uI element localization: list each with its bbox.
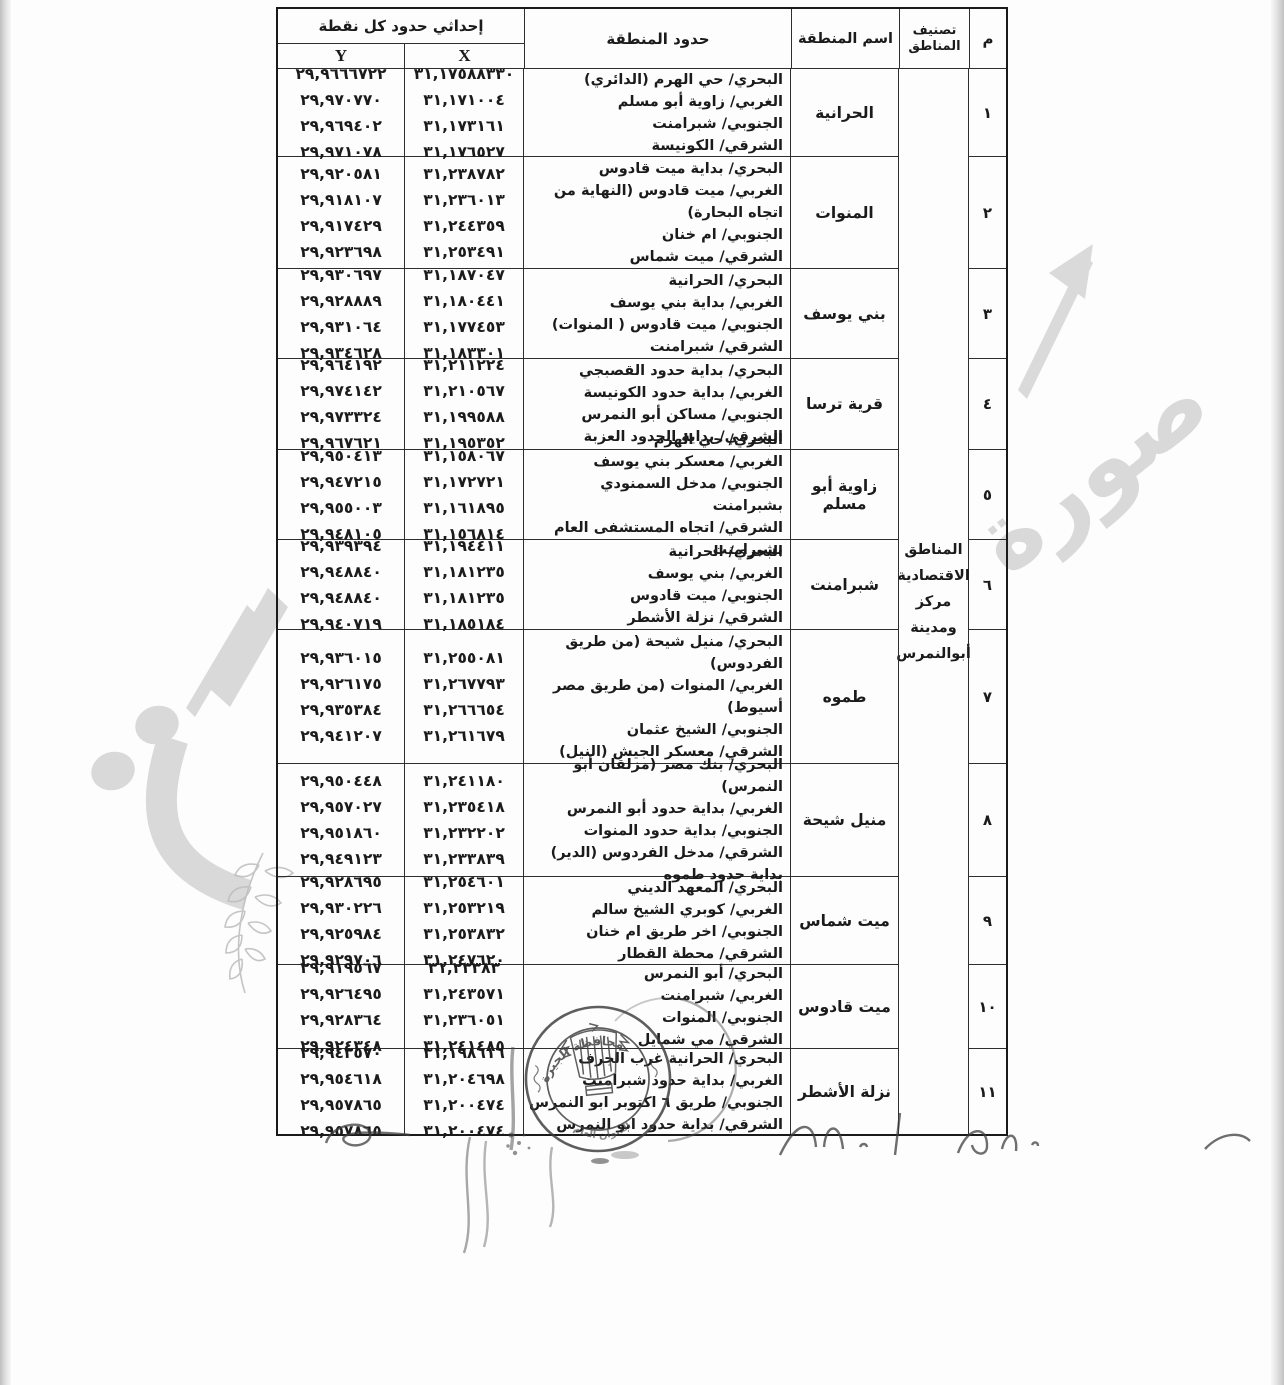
area-bounds-cell: البحري/ بداية ميت قادوسالغربي/ ميت قادوس… <box>524 157 791 269</box>
area-name-cell: ميت شماس <box>791 877 899 965</box>
y-coordinates-cell: ٢٩,٩٥٠٤٤٨٢٩,٩٥٧٠٢٧٢٩,٩٥١٨٦٠٢٩,٩٤٩١٢٣ <box>278 764 405 877</box>
watermark-dot <box>86 746 140 796</box>
serial-number-cell: ١ <box>969 69 1006 157</box>
serial-number-cell: ٨ <box>969 764 1006 877</box>
x-coordinates-cell: ٣١,١٧٥٨٨٣٣٠٣١,١٧١٠٠٤٣١,١٧٣١٦١٣١,١٧٦٥٢٧ <box>405 69 524 157</box>
table-body: المناطقالاقتصاديةمركزومدينةأبوالنمرس٢٩,٩… <box>278 69 1006 1134</box>
area-bounds-cell: البحري/ المعهد الدينيالغربي/ كوبري الشيخ… <box>524 877 791 965</box>
y-coordinates-cell: ٢٩,٩٣٦٠١٥٢٩,٩٢٦١٧٥٢٩,٩٣٥٣٨٤٢٩,٩٤١٢٠٧ <box>278 630 405 764</box>
x-coordinates-cell: ٣١,١٨٧٠٤٧٣١,١٨٠٤٤١٣١,١٧٧٤٥٣٣١,١٨٣٣٠١ <box>405 269 524 359</box>
boundaries-coordinates-table: إحداثي حدود كل نقطة Y X حدود المنطقة اسم… <box>276 7 1008 1136</box>
area-name-cell: شبرامنت <box>791 540 899 630</box>
ink-stroke <box>464 1137 470 1253</box>
area-bounds-cell: البحري/ الحرانيةالغربي/ بني يوسفالجنوبي/… <box>524 540 791 630</box>
y-coordinates-cell: ٢٩,٩٢٨٦٩٥٢٩,٩٣٠٢٢٦٢٩,٩٢٥٩٨٤٢٩,٩٢٩٧٠٦ <box>278 877 405 965</box>
signature-scrawls <box>300 1095 1280 1385</box>
signature-main <box>1205 1135 1250 1149</box>
area-bounds-cell: البحري/ منيل شيحة (من طريق الفردوس)الغرب… <box>524 630 791 764</box>
watermark-right-calligraphy: صورة <box>985 225 1284 655</box>
header-coords-group: إحداثي حدود كل نقطة Y X <box>278 9 525 68</box>
scanned-document-page: صورة إحداثي حدود كل نقطة Y X حدود المنطق… <box>0 0 1284 1385</box>
signature-main <box>958 1131 987 1153</box>
signature-main <box>895 1113 900 1155</box>
area-name-cell: قرية ترسا <box>791 359 899 450</box>
scan-edge-shadow-left <box>0 0 11 1385</box>
x-coordinates-cell: ٣١,٢٣٨٧٨٢٣١,٢٣٦٠١٣٣١,٢٤٤٣٥٩٣١,٢٥٣٤٩١ <box>405 157 524 269</box>
area-name-cell: المنوات <box>791 157 899 269</box>
area-name-cell: طموه <box>791 630 899 764</box>
area-bounds-cell: البحري/ الحرانيةالغربي/ بداية بني يوسفال… <box>524 269 791 359</box>
y-coordinates-cell: ٢٩,٩٢٠٥٨١٢٩,٩١٨١٠٧٢٩,٩١٧٤٢٩٢٩,٩٢٣٦٩٨ <box>278 157 405 269</box>
x-coordinates-cell: ٣١,١٩٤٤١١٣١,١٨١٢٣٥٣١,١٨١٢٣٥٣١,١٨٥١٨٤ <box>405 540 524 630</box>
y-coordinates-cell: ٢٩,٩٦٦٦٧٢٢٢٩,٩٧٠٧٧٠٢٩,٩٦٩٤٠٢٢٩,٩٧١٠٧٨ <box>278 69 405 157</box>
y-coordinates-cell: ٢٩,٩٣٠٦٩٧٢٩,٩٢٨٨٨٩٢٩,٩٣١٠٦٤٢٩,٩٣٤٦٢٨ <box>278 269 405 359</box>
signature-main <box>860 1144 867 1147</box>
y-coordinates-cell: ٢٩,٩١٩٥٦٧٢٩,٩٢٦٤٩٥٢٩,٩٢٨٣٦٤٢٩,٩٢٤٣٤٨ <box>278 965 405 1049</box>
table-header-row: إحداثي حدود كل نقطة Y X حدود المنطقة اسم… <box>278 9 1006 69</box>
serial-number-cell: ٧ <box>969 630 1006 764</box>
x-coordinates-cell: ٣١,٢١١٢٢٤٣١,٢١٠٥٦٧٣١,١٩٩٥٨٨٣١,١٩٥٣٥٢ <box>405 359 524 450</box>
area-name-cell: منيل شيحة <box>791 764 899 877</box>
signature-main <box>780 1127 843 1155</box>
serial-number-cell: ٩ <box>969 877 1006 965</box>
x-coordinates-cell: ٣١,٢٥٥٠٨١٣١,٢٦٧٧٩٣٣١,٢٦٦٦٥٤٣١,٢٦١٦٧٩ <box>405 630 524 764</box>
area-bounds-cell: البحري/ حي الهرم (الدائري)الغربي/ زاوية … <box>524 69 791 157</box>
stamp-ghost-arc <box>615 998 680 1021</box>
header-classification-label: تصنيف المناطق <box>900 9 970 68</box>
ink-stroke <box>550 1147 553 1227</box>
y-coordinates-cell: ٢٩,٩٦٤١٩٢٢٩,٩٧٤١٤٢٢٩,٩٧٣٣٢٤٢٩,٩٦٧٦٢١ <box>278 359 405 450</box>
area-name-cell: زاوية أبو مسلم <box>791 450 899 540</box>
classification-merged-cell: المناطقالاقتصاديةمركزومدينةأبوالنمرس <box>899 69 969 1134</box>
header-serial-label: م <box>970 9 1006 68</box>
y-coordinates-cell: ٢٩,٩٣٩٣٩٤٢٩,٩٤٨٨٤٠٢٩,٩٤٨٨٤٠٢٩,٩٤٠٧١٩ <box>278 540 405 630</box>
signature-main <box>1002 1136 1016 1151</box>
x-coordinates-cell: ٣١,٢٥٤٦٠١٣١,٢٥٣٢١٩٣١,٢٥٣٨٣٢٣١,٢٤٧٦٢٠ <box>405 877 524 965</box>
x-coordinates-cell: ٣١,١٥٨٠٦٧٣١,١٧٢٧٢١٣١,١٦١٨٩٥٣١,١٥٦٨١٤ <box>405 450 524 540</box>
serial-number-cell: ٤ <box>969 359 1006 450</box>
area-name-cell: الحرانية <box>791 69 899 157</box>
signature-curl <box>326 1125 410 1146</box>
x-coordinates-cell: ٣١,٢٤١١٨٠٣١,٢٣٥٤١٨٣١,٢٣٢٢٠٢٣١,٢٣٣٨٣٩ <box>405 764 524 877</box>
header-coords-title: إحداثي حدود كل نقطة <box>278 9 524 44</box>
signature-main <box>1032 1142 1038 1146</box>
area-name-cell: بني يوسف <box>791 269 899 359</box>
area-name-cell: ميت قادوس <box>791 965 899 1049</box>
header-bounds-label: حدود المنطقة <box>525 9 792 68</box>
stamp-eagle-icon <box>558 1020 633 1098</box>
header-area-name-label: اسم المنطقة <box>792 9 900 68</box>
serial-number-cell: ٣ <box>969 269 1006 359</box>
classification-text: المناطقالاقتصاديةمركزومدينةأبوالنمرس <box>896 537 971 667</box>
ink-stroke <box>484 1141 488 1247</box>
serial-number-cell: ٥ <box>969 450 1006 540</box>
serial-number-cell: ٦ <box>969 540 1006 630</box>
y-coordinates-cell: ٢٩,٩٥٠٤١٣٢٩,٩٤٧٢١٥٢٩,٩٥٥٠٠٣٢٩,٩٤٨١٠٥ <box>278 450 405 540</box>
watermark-left-calligraphy <box>55 555 305 1025</box>
serial-number-cell: ١٠ <box>969 965 1006 1049</box>
area-bounds-cell: البحري/ حي الهرمالغربي/ معسكر بني يوسفال… <box>524 450 791 540</box>
serial-number-cell: ٢ <box>969 157 1006 269</box>
watermark-arc-stroke <box>161 739 247 895</box>
area-bounds-cell: البحري/ بنك مصر (مزلقان أبو النمرس)الغرب… <box>524 764 791 877</box>
